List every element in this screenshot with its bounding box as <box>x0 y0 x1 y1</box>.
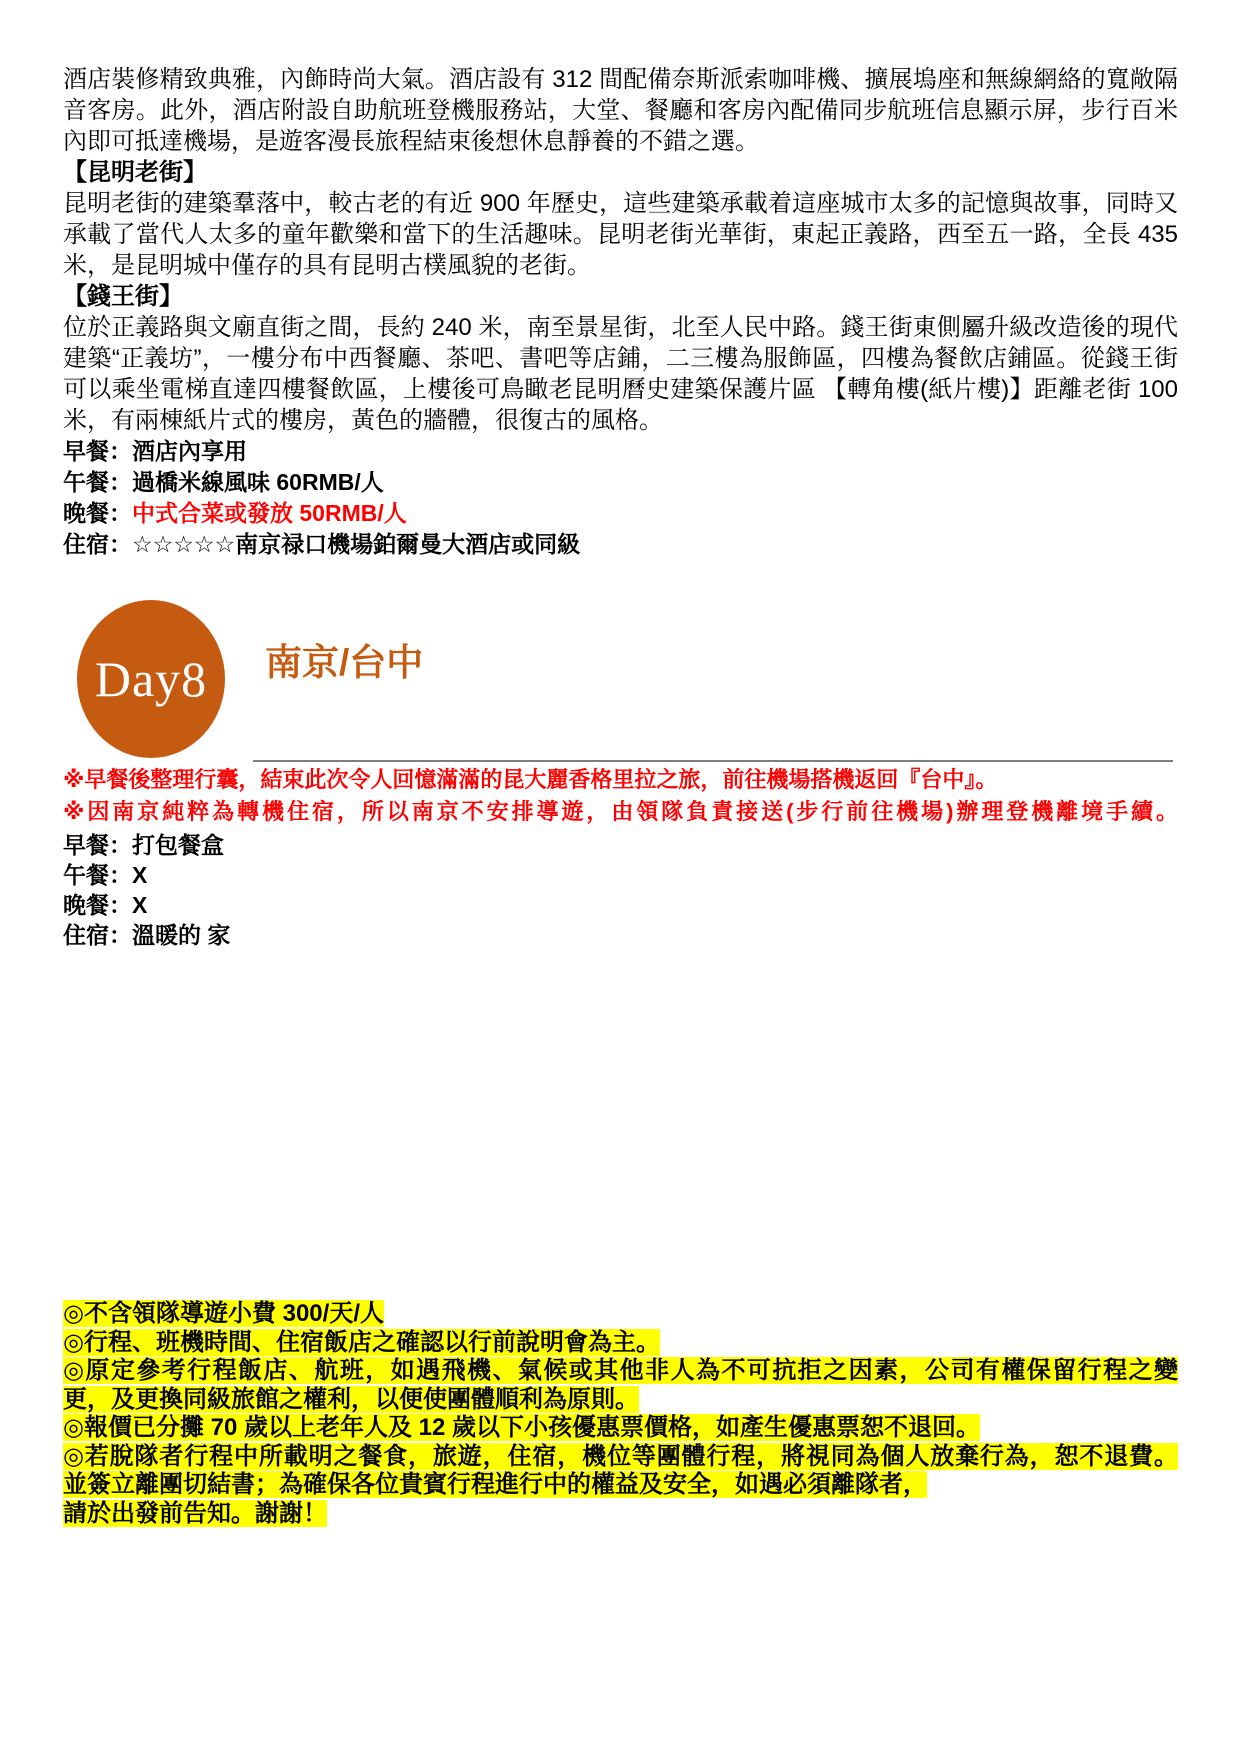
itinerary-page: 酒店裝修精致典雅，內飾時尚大氣。酒店設有 312 間配備奈斯派索咖啡機、擴展塢座… <box>0 0 1240 1755</box>
meal-value: ☆☆☆☆☆南京禄口機場鉑爾曼大酒店或同級 <box>132 531 580 557</box>
day7-dinner-row: 晚餐：中式合菜或發放 50RMB/人 <box>63 498 1178 529</box>
meal-label: 晚餐： <box>63 892 132 918</box>
day8-lunch-row: 午餐：X <box>63 860 1178 890</box>
notice-line: ◎原定參考行程飯店、航班，如遇飛機、氣候或其他非人為不可抗拒之因素，公司有權保留… <box>63 1357 1178 1386</box>
meal-value-red: 中式合菜或發放 50RMB/人 <box>132 500 407 526</box>
meal-value: X <box>132 892 147 918</box>
transfer-notes: ※早餐後整理行囊，結束此次令人回憶滿滿的昆大麗香格里拉之旅，前往機場搭機返回『台… <box>63 764 1178 828</box>
notice-line: 請於出發前告知。謝謝！ <box>63 1500 1178 1529</box>
day8-lodging-row: 住宿：溫暖的 家 <box>63 920 1178 950</box>
meal-label: 午餐： <box>63 469 132 495</box>
day7-breakfast-row: 早餐：酒店內享用 <box>63 436 1178 467</box>
top-text-block: 酒店裝修精致典雅，內飾時尚大氣。酒店設有 312 間配備奈斯派索咖啡機、擴展塢座… <box>63 64 1178 560</box>
meal-label: 住宿： <box>63 531 132 557</box>
attraction-title-qianwang-street: 【錢王街】 <box>63 281 1178 312</box>
meal-label: 住宿： <box>63 922 132 948</box>
hotel-intro-paragraph: 酒店裝修精致典雅，內飾時尚大氣。酒店設有 312 間配備奈斯派索咖啡機、擴展塢座… <box>63 64 1178 157</box>
notice-line: ◎報價已分攤 70 歲以上老年人及 12 歲以下小孩優惠票價格，如產生優惠票恕不… <box>63 1414 1178 1443</box>
day8-badge: Day8 <box>77 600 225 758</box>
notice-line: 並簽立離團切結書；為確保各位貴賓行程進行中的權益及安全，如遇必須離隊者， <box>63 1471 1178 1500</box>
meal-value: X <box>132 862 147 888</box>
notice-line: ◎行程、班機時間、住宿飯店之確認以行前說明會為主。 <box>63 1329 1178 1358</box>
day8-badge-label: Day8 <box>95 650 207 708</box>
meal-label: 晚餐： <box>63 500 132 526</box>
day8-meals-block: 早餐：打包餐盒 午餐：X 晚餐：X 住宿：溫暖的 家 <box>63 830 1178 950</box>
day7-lodging-row: 住宿：☆☆☆☆☆南京禄口機場鉑爾曼大酒店或同級 <box>63 529 1178 560</box>
notice-line: ◎不含領隊導遊小費 300/天/人 <box>63 1300 1178 1329</box>
meal-value: 過橋米線風味 60RMB/人 <box>132 469 384 495</box>
day7-lunch-row: 午餐：過橋米線風味 60RMB/人 <box>63 467 1178 498</box>
notice-line: 更，及更換同級旅館之權利，以便使團體順利為原則。 <box>63 1386 1178 1415</box>
meal-value: 溫暖的 家 <box>132 922 230 948</box>
attraction-body-kunming-old-street: 昆明老街的建築羣落中，較古老的有近 900 年歷史，這些建築承載着這座城市太多的… <box>63 188 1178 281</box>
notice-block: ◎不含領隊導遊小費 300/天/人 ◎行程、班機時間、住宿飯店之確認以行前說明會… <box>63 1300 1178 1528</box>
transfer-note-line: ※因南京純粹為轉機住宿，所以南京不安排導遊，由領隊負責接送(步行前往機場)辦理登… <box>63 796 1178 828</box>
attraction-body-qianwang-street: 位於正義路與文廟直街之間，長約 240 米，南至景星街，北至人民中路。錢王街東側… <box>63 312 1178 436</box>
day8-breakfast-row: 早餐：打包餐盒 <box>63 830 1178 860</box>
attraction-title-kunming-old-street: 【昆明老街】 <box>63 157 1178 188</box>
meal-value: 酒店內享用 <box>132 438 247 464</box>
day8-dinner-row: 晚餐：X <box>63 890 1178 920</box>
meal-value: 打包餐盒 <box>132 832 224 858</box>
transfer-note-line: ※早餐後整理行囊，結束此次令人回憶滿滿的昆大麗香格里拉之旅，前往機場搭機返回『台… <box>63 764 1178 796</box>
meal-label: 午餐： <box>63 862 132 888</box>
day8-route-title: 南京/台中 <box>265 640 423 686</box>
meal-label: 早餐： <box>63 438 132 464</box>
notice-line: ◎若脫隊者行程中所載明之餐食，旅遊，住宿，機位等團體行程，將視同為個人放棄行為，… <box>63 1443 1178 1472</box>
divider-line <box>253 760 1173 762</box>
meal-label: 早餐： <box>63 832 132 858</box>
